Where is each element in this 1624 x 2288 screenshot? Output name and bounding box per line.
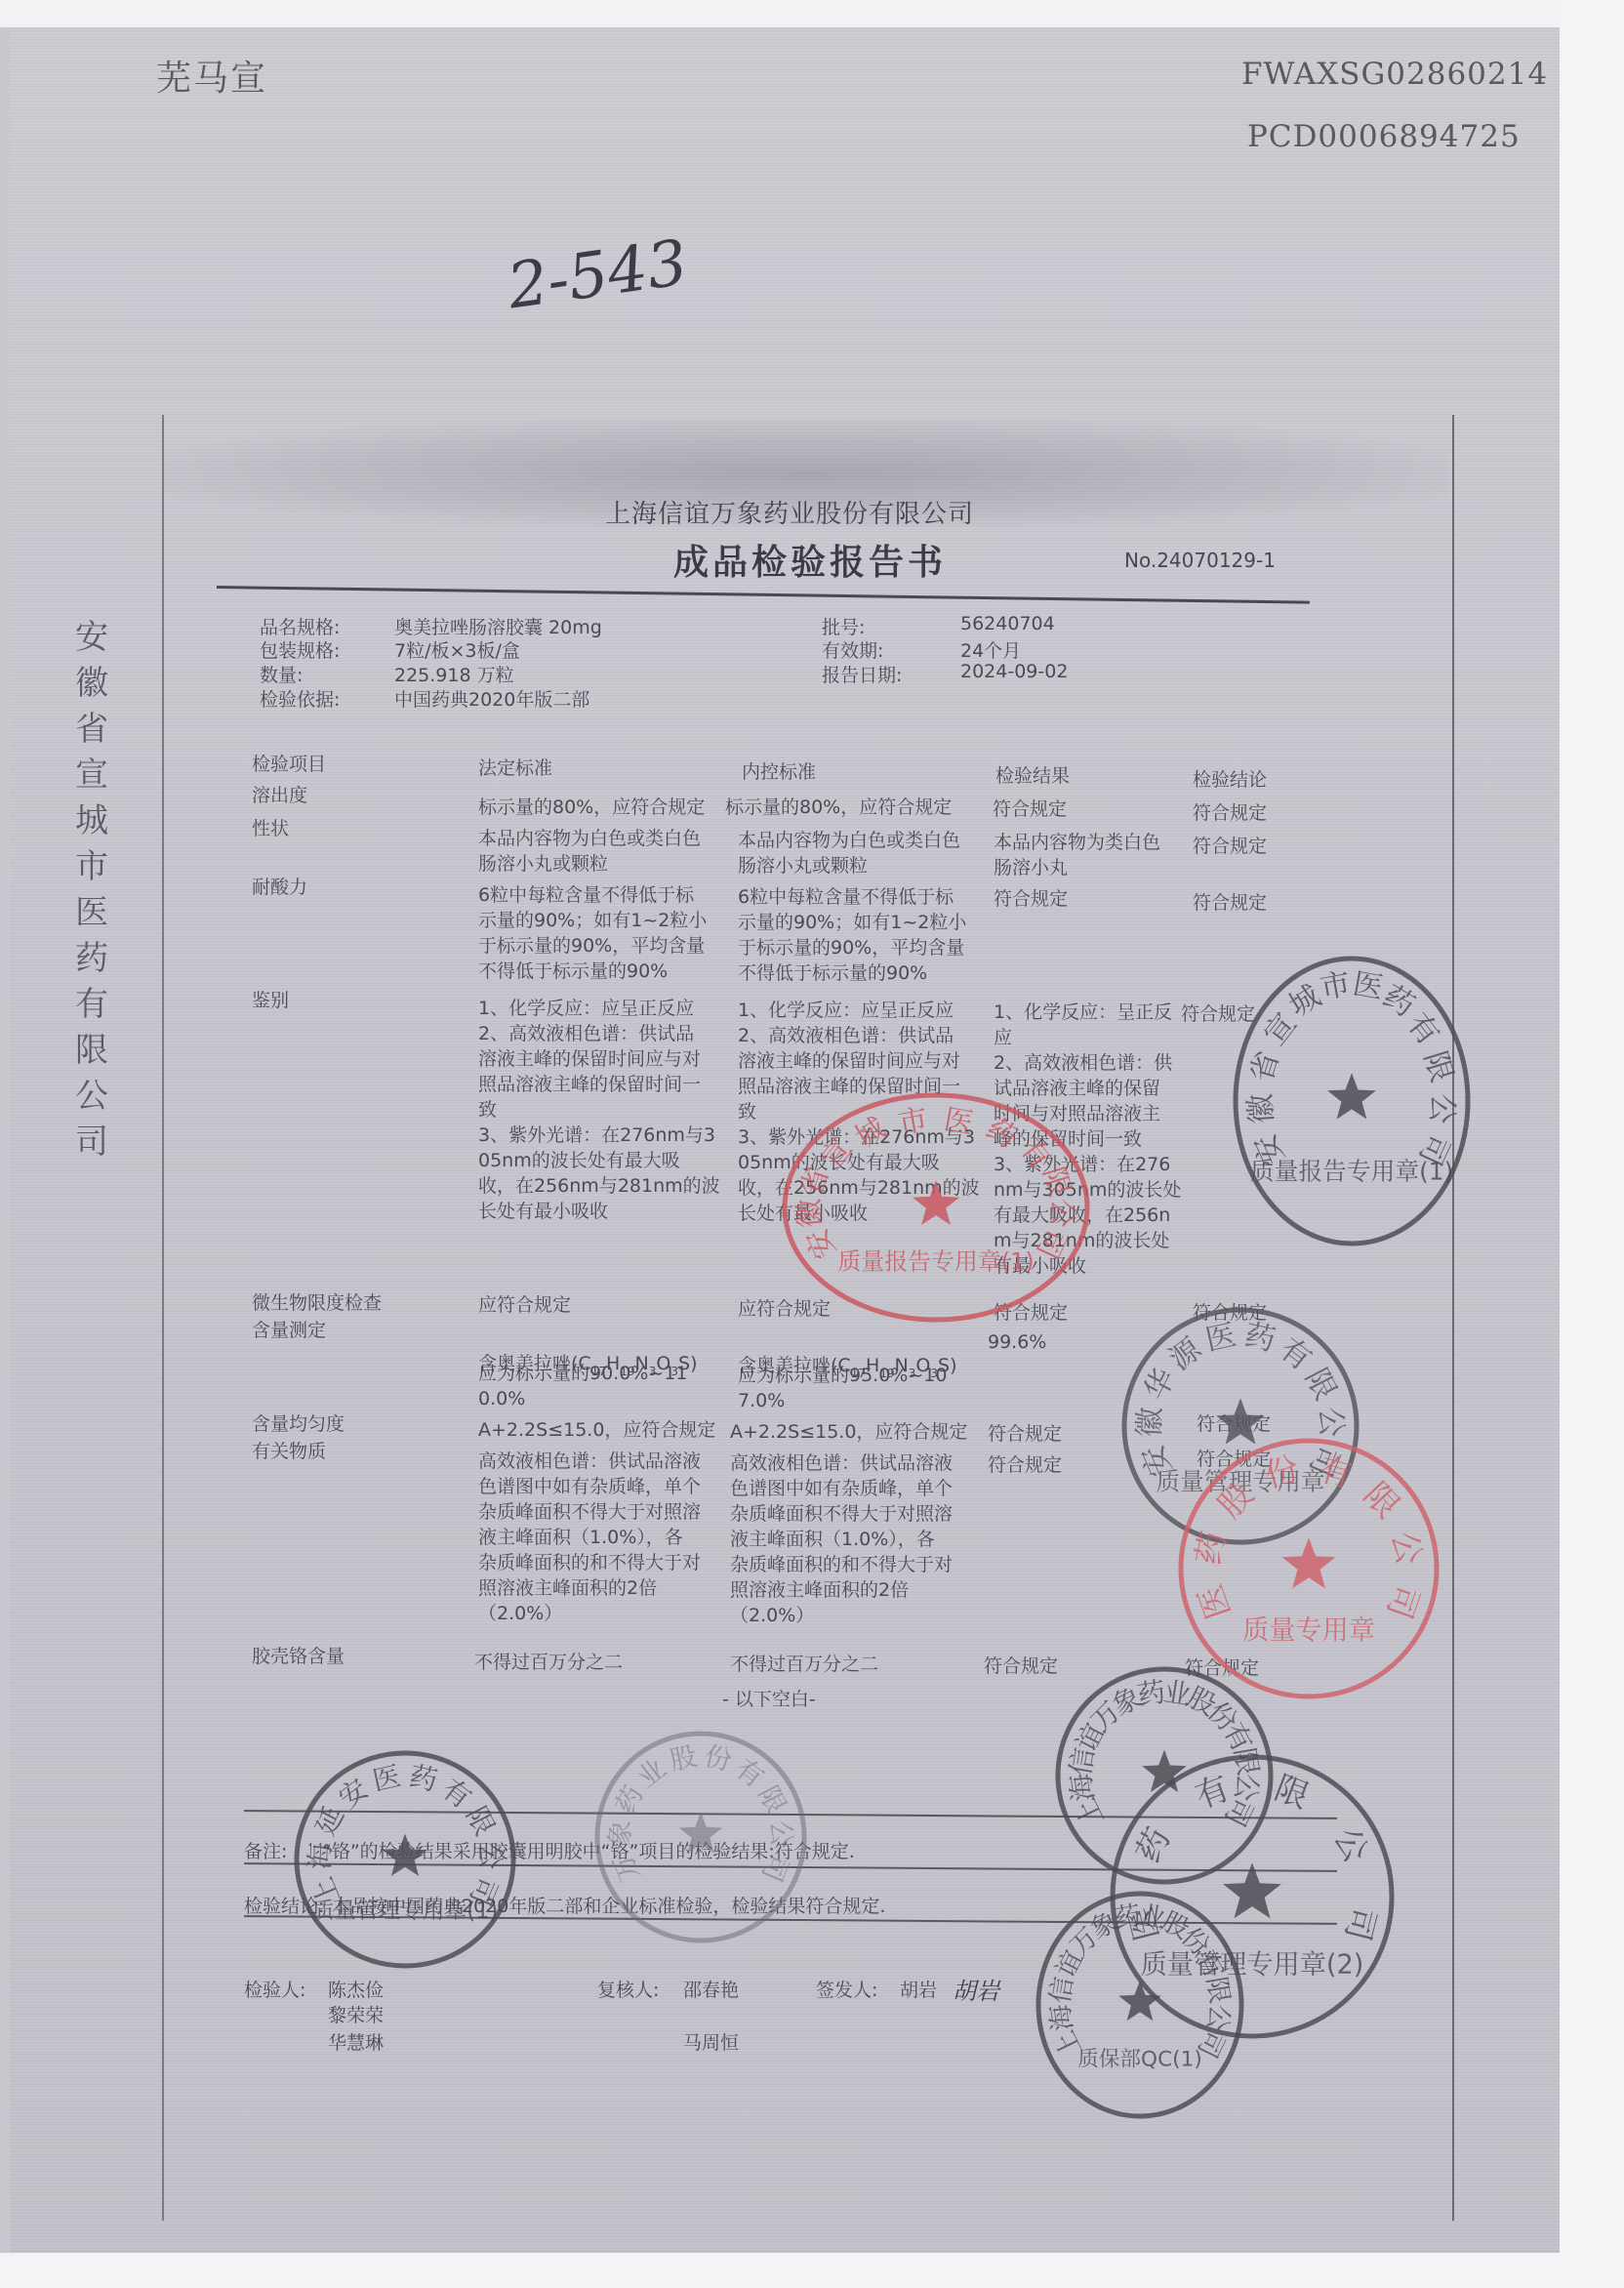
svg-text:股: 股	[667, 1740, 700, 1777]
svg-text:股: 股	[1210, 1475, 1261, 1526]
svg-text:限: 限	[1417, 1047, 1459, 1086]
company-name: 上海信谊万象药业股份有限公司	[605, 494, 974, 530]
svg-text:药: 药	[406, 1760, 440, 1797]
meta-label: 报告日期:	[822, 661, 902, 687]
meta-label: 品名规格:	[260, 613, 340, 639]
svg-text:徽: 徽	[1243, 1092, 1280, 1124]
svg-text:限: 限	[1200, 1975, 1235, 2006]
receiver-short-name: 芜马宣	[156, 51, 267, 101]
row-internal-range: 应为标示量的95.0%~10 7.0%	[738, 1363, 992, 1413]
meta-value-report-date: 2024-09-02	[960, 661, 1068, 682]
row-legal: 应符合规定	[478, 1292, 732, 1318]
svg-text:限: 限	[1356, 1475, 1406, 1526]
row-legal: 高效液相色谱：供试品溶液 色谱图中如有杂质峰，单个 杂质峰面积不得大于对照溶 液…	[478, 1449, 732, 1626]
svg-text:安: 安	[333, 1773, 375, 1815]
svg-text:华: 华	[1138, 1363, 1183, 1406]
row-item: 性状	[252, 816, 289, 841]
meta-value-expiry: 24个月	[960, 636, 1021, 663]
row-item: 胶壳铬含量	[252, 1644, 345, 1669]
row-legal: 标示量的80%，应符合规定	[478, 795, 732, 820]
row-item: 鉴别	[252, 988, 289, 1013]
svg-text:延: 延	[309, 1802, 350, 1841]
meta-value-product: 奥美拉唑肠溶胶囊 20mg	[394, 613, 602, 639]
svg-text:省: 省	[1244, 1047, 1287, 1086]
vertical-org-name: 安徽省宣城市医药有限公司	[72, 615, 111, 1165]
reviewer-name: 马周恒	[683, 2028, 739, 2055]
scan-bottom-margin	[0, 2253, 1624, 2288]
svg-text:质量管理专用章(1): 质量管理专用章(1)	[312, 1899, 499, 1924]
row-legal-range: 应为标示量的90.0%~11 0.0%	[478, 1361, 732, 1411]
svg-text:限: 限	[1035, 1163, 1076, 1201]
row-legal: A+2.2S≤15.0，应符合规定	[478, 1417, 732, 1443]
row-legal: 不得过百万分之二	[474, 1650, 728, 1675]
end-of-table-marker: - 以下空白-	[722, 1685, 816, 1711]
xinyi-qc-stamp: 上海信谊万象药业股份有限公司质保部QC(1)	[1035, 1890, 1245, 2120]
svg-text:司: 司	[1029, 1223, 1072, 1264]
svg-text:有: 有	[729, 1753, 769, 1794]
svg-text:有: 有	[1273, 1331, 1318, 1377]
svg-text:业: 业	[631, 1753, 671, 1794]
row-internal: 不得过百万分之二	[730, 1652, 984, 1677]
meta-value-batch: 56240704	[960, 613, 1055, 634]
row-item: 耐酸力	[252, 875, 307, 900]
row-legal: 1、化学反应：应呈正反应 2、高效液相色谱：供试品 溶液主峰的保留时间应与对 照…	[478, 996, 732, 1224]
row-conclusion: 符合规定	[1193, 834, 1300, 859]
stamp-graphic: 安徽省宣城市医药有限公司质量报告专用章(1)	[1232, 955, 1472, 1247]
svg-text:质保部QC(1): 质保部QC(1)	[1077, 2048, 1202, 2072]
svg-text:限: 限	[1270, 1769, 1315, 1817]
row-internal: 6粒中每粒含量不得低于标 示量的90%；如有1~2粒小 于标示量的90%，平均含…	[738, 884, 992, 986]
scan-top-margin	[0, 0, 1624, 27]
svg-text:徽: 徽	[1132, 1407, 1168, 1439]
col-header-conclusion: 检验结论	[1193, 767, 1300, 793]
svg-text:药: 药	[1128, 1821, 1178, 1869]
svg-text:象: 象	[604, 1819, 636, 1848]
row-item: 含量测定	[252, 1318, 326, 1343]
issuer-signature: 胡岩	[953, 1972, 999, 2006]
row-item: 溶出度	[252, 783, 307, 808]
svg-text:公: 公	[1043, 1198, 1079, 1229]
report-number: No.24070129-1	[1124, 549, 1276, 572]
svg-text:公: 公	[1384, 1528, 1429, 1569]
svg-text:公: 公	[1423, 1092, 1460, 1124]
svg-text:有: 有	[436, 1773, 478, 1815]
meta-label: 检验依据:	[260, 685, 340, 712]
note-label: 备注:	[244, 1837, 287, 1863]
meta-label: 有效期:	[822, 636, 883, 663]
meta-label: 数量:	[260, 661, 303, 687]
row-item: 含量均匀度	[252, 1411, 345, 1437]
svg-text:海: 海	[304, 1841, 337, 1870]
svg-text:市: 市	[896, 1102, 931, 1141]
svg-text:司: 司	[1337, 1902, 1383, 1944]
tracking-code-1: FWAXSG02860214	[1241, 57, 1548, 92]
svg-text:药: 药	[1241, 1318, 1279, 1359]
faded-company-stamp: 万象药业股份有限公司	[593, 1730, 808, 1944]
stamp-graphic: 安徽省宣城市医药有限公司质量报告专用章(1)	[781, 1091, 1091, 1324]
issuer-name: 胡岩	[900, 1976, 937, 2002]
svg-text:公: 公	[765, 1819, 797, 1848]
row-internal: A+2.2S≤15.0，应符合规定	[730, 1419, 984, 1445]
meta-value-basis: 中国药典2020年版二部	[394, 685, 589, 712]
svg-text:公: 公	[1313, 1407, 1349, 1439]
stamp-graphic: 医药股份有限公司质量专用章	[1177, 1437, 1441, 1700]
row-internal: 本品内容物为白色或类白色 肠溶小丸或颗粒	[738, 828, 992, 878]
row-item: 有关物质	[252, 1439, 326, 1464]
svg-text:有: 有	[1315, 1450, 1358, 1496]
meta-label: 包装规格:	[260, 636, 340, 663]
row-conclusion: 符合规定	[1193, 800, 1300, 826]
svg-text:有: 有	[1190, 1769, 1235, 1817]
stamp-graphic: 万象药业股份有限公司	[593, 1730, 808, 1944]
row-internal: 标示量的80%，应符合规定	[725, 795, 979, 820]
svg-text:限: 限	[460, 1802, 501, 1841]
row-internal: 高效液相色谱：供试品溶液 色谱图中如有杂质峰，单个 杂质峰面积不得大于对照溶 液…	[730, 1450, 984, 1628]
row-result: 本品内容物为类白色 肠溶小丸	[994, 830, 1189, 880]
col-header-item: 检验项目	[252, 752, 326, 777]
svg-text:药: 药	[1189, 1528, 1234, 1569]
svg-text:公: 公	[473, 1841, 507, 1870]
svg-text:限: 限	[1298, 1363, 1343, 1406]
svg-text:医: 医	[941, 1102, 976, 1141]
row-item: 微生物限度检查	[252, 1290, 382, 1316]
svg-text:限: 限	[751, 1780, 792, 1818]
svg-text:药: 药	[980, 1111, 1023, 1155]
report-title: 成品检验报告书	[673, 535, 947, 585]
svg-text:源: 源	[1162, 1330, 1208, 1377]
svg-text:医: 医	[1191, 1579, 1238, 1623]
svg-text:份: 份	[1261, 1450, 1304, 1496]
inspector-name: 陈杰俭	[328, 1976, 384, 2002]
tracking-code-2: PCD0006894725	[1247, 119, 1521, 154]
svg-text:城: 城	[849, 1111, 892, 1155]
col-header-legal: 法定标准	[478, 756, 732, 781]
stamp-graphic: 上海信谊万象药业股份有限公司质保部QC(1)	[1035, 1890, 1245, 2120]
shanghai-yanan-stamp: 上海延安医药有限公司质量管理专用章(1)	[293, 1749, 517, 1970]
meta-value-packaging: 7粒/板×3板/盒	[394, 636, 520, 663]
svg-text:质量报告专用章(1): 质量报告专用章(1)	[837, 1247, 1034, 1275]
svg-text:海: 海	[1045, 2002, 1079, 2032]
red-quality-stamp-2: 医药股份有限公司质量专用章	[1177, 1437, 1441, 1700]
scan-right-margin	[1560, 0, 1624, 2288]
row-result: 符合规定	[993, 797, 1188, 822]
svg-text:市: 市	[1318, 966, 1354, 1006]
row-legal: 6粒中每粒含量不得低于标 示量的90%；如有1~2粒小 于标示量的90%，平均含…	[478, 882, 732, 984]
svg-text:万: 万	[607, 1850, 646, 1887]
red-quality-report-stamp: 安徽省宣城市医药有限公司质量报告专用章(1)	[781, 1091, 1091, 1324]
svg-text:药: 药	[610, 1780, 650, 1818]
issuer-label: 签发人:	[816, 1976, 877, 2002]
reviewer-name: 邵春艳	[683, 1976, 739, 2002]
svg-text:份: 份	[702, 1740, 735, 1777]
row-conclusion: 符合规定	[1193, 890, 1300, 916]
svg-text:司: 司	[755, 1850, 794, 1887]
col-header-result: 检验结果	[995, 763, 1191, 789]
svg-text:司: 司	[1379, 1579, 1427, 1623]
svg-text:安: 安	[799, 1223, 842, 1264]
anhui-xuancheng-quality-report-stamp: 安徽省宣城市医药有限公司质量报告专用章(1)	[1232, 955, 1472, 1247]
svg-text:徽: 徽	[792, 1198, 829, 1229]
row-result: 符合规定	[994, 886, 1189, 912]
inspector-name: 黎荣荣	[328, 2001, 384, 2027]
row-legal: 本品内容物为白色或类白色 肠溶小丸或颗粒	[478, 826, 732, 877]
stamp-graphic: 上海延安医药有限公司质量管理专用章(1)	[293, 1749, 517, 1970]
reviewer-label: 复核人:	[597, 1976, 659, 2002]
inspector-name: 华慧琳	[328, 2028, 384, 2055]
col-header-internal: 内控标准	[742, 759, 995, 785]
svg-text:公: 公	[1325, 1821, 1375, 1869]
svg-text:质量专用章: 质量专用章	[1242, 1615, 1375, 1646]
inspector-label: 检验人:	[244, 1976, 305, 2002]
meta-value-quantity: 225.918 万粒	[394, 661, 514, 687]
svg-text:医: 医	[1202, 1318, 1239, 1359]
svg-text:质量报告专用章(1): 质量报告专用章(1)	[1250, 1157, 1453, 1185]
meta-label: 批号:	[822, 613, 865, 639]
svg-text:医: 医	[370, 1760, 404, 1797]
